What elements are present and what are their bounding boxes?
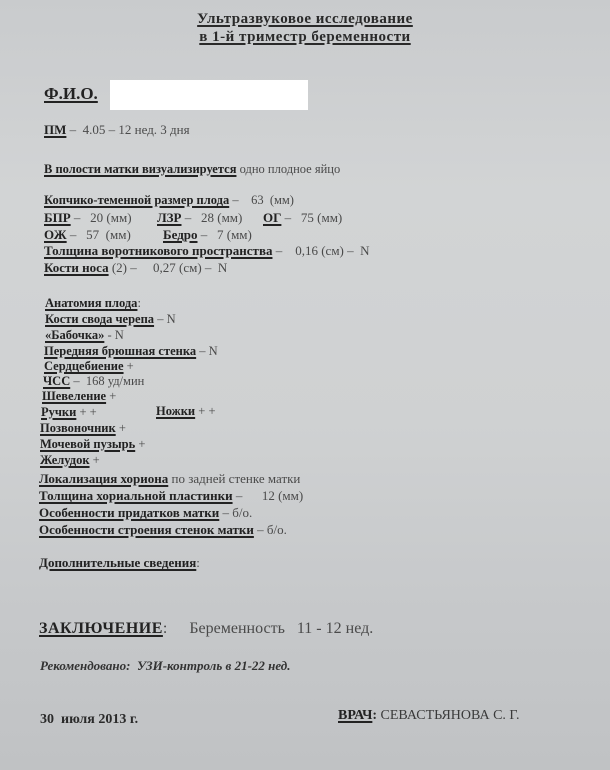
abdominal-label: Передняя брюшная стенка (44, 344, 196, 358)
adnexa-value: – б/о. (219, 505, 252, 520)
nose-row: Кости носа (2) – 0,27 (см) – N (44, 260, 227, 276)
doctor-name: СЕВАСТЬЯНОВА С. Г. (377, 708, 519, 723)
og-row: ОГ – 75 (мм) (263, 210, 342, 226)
movement-row: Шевеление + (42, 389, 116, 404)
legs-value: + + (195, 404, 215, 418)
heartbeat-row: Сердцебиение + (44, 359, 134, 374)
conclusion-colon: : (163, 620, 167, 637)
walls-row: Особенности строения стенок матки – б/о. (39, 522, 287, 538)
skull-value: – N (154, 312, 176, 326)
recommendation: Рекомендовано: УЗИ-контроль в 21-22 нед. (40, 658, 291, 674)
tvp-label: Толщина воротникового пространства (44, 243, 272, 258)
bedro-label: Бедро (163, 227, 198, 242)
butterfly-value: - N (104, 328, 123, 342)
movement-label: Шевеление (42, 389, 106, 403)
butterfly-row: «Бабочка» - N (45, 328, 124, 343)
pm-value: – 4.05 – 12 нед. 3 дня (66, 122, 189, 137)
lzr-row: ЛЗР – 28 (мм) (157, 210, 242, 226)
chorion-thick-row: Толщина хориальной пластинки – 12 (мм) (39, 488, 303, 504)
doctor-row: ВРАЧ: СЕВАСТЬЯНОВА С. Г. (338, 708, 519, 724)
og-label: ОГ (263, 210, 281, 225)
document-title-line1: Ультразвуковое исследование (0, 11, 610, 28)
spine-value: + (116, 421, 126, 435)
arms-row: Ручки + + (41, 405, 97, 420)
ozh-value: – 57 (мм) (67, 227, 131, 242)
bpr-label: БПР (44, 210, 71, 225)
anatomy-heading-text: Анатомия плода (45, 296, 137, 310)
walls-label: Особенности строения стенок матки (39, 522, 254, 537)
legs-row: Ножки + + (156, 404, 216, 419)
stomach-row: Желудок + (40, 453, 100, 468)
chorion-loc-label: Локализация хориона (39, 471, 168, 486)
bladder-label: Мочевой пузырь (40, 437, 135, 451)
redacted-name (110, 80, 308, 110)
ktr-row: Копчико-теменной размер плода – 63 (мм) (44, 193, 294, 208)
og-value: – 75 (мм) (281, 210, 342, 225)
stomach-value: + (90, 453, 100, 467)
cavity-value: одно плодное яйцо (236, 162, 340, 176)
pm-row: ПМ – 4.05 – 12 нед. 3 дня (44, 122, 190, 138)
chorion-loc-row: Локализация хориона по задней стенке мат… (39, 471, 300, 487)
anatomy-heading-colon: : (137, 296, 140, 310)
conclusion-row: ЗАКЛЮЧЕНИЕ: Беременность 11 - 12 нед. (39, 620, 373, 638)
tvp-row: Толщина воротникового пространства – 0,1… (44, 243, 370, 259)
skull-row: Кости свода черепа – N (45, 312, 176, 327)
spine-label: Позвоночник (40, 421, 116, 435)
ozh-label: ОЖ (44, 227, 67, 242)
movement-value: + (106, 389, 116, 403)
walls-value: – б/о. (254, 522, 287, 537)
hr-value: – 168 уд/мин (70, 374, 144, 388)
abdominal-value: – N (196, 344, 218, 358)
skull-label: Кости свода черепа (45, 312, 154, 326)
adnexa-label: Особенности придатков матки (39, 505, 219, 520)
conclusion-value: Беременность 11 - 12 нед. (189, 620, 373, 637)
bedro-row: Бедро – 7 (мм) (163, 227, 252, 243)
cavity-label: В полости матки визуализируется (44, 162, 236, 176)
bpr-row: БПР – 20 (мм) (44, 210, 132, 226)
spine-row: Позвоночник + (40, 421, 126, 436)
report-date: 30 июля 2013 г. (40, 712, 138, 728)
arms-value: + + (76, 405, 96, 419)
bladder-value: + (135, 437, 145, 451)
additional-row: Дополнительные сведения: (39, 555, 200, 571)
heartbeat-value: + (124, 359, 134, 373)
fio-label: Ф.И.О. (44, 84, 98, 104)
ozh-row: ОЖ – 57 (мм) (44, 227, 131, 243)
nose-value: (2) – 0,27 (см) – N (109, 260, 228, 275)
ktr-label: Копчико-теменной размер плода (44, 193, 229, 207)
nose-label: Кости носа (44, 260, 109, 275)
chorion-thick-label: Толщина хориальной пластинки (39, 488, 233, 503)
tvp-value: – 0,16 (см) – N (272, 243, 369, 258)
conclusion-label: ЗАКЛЮЧЕНИЕ (39, 620, 163, 637)
doctor-label: ВРАЧ (338, 708, 372, 723)
chorion-loc-value: по задней стенке матки (168, 471, 300, 486)
ktr-value: – 63 (мм) (229, 193, 294, 207)
bedro-value: – 7 (мм) (198, 227, 252, 242)
document-title-line2: в 1-й триместр беременности (0, 29, 610, 46)
lzr-value: – 28 (мм) (182, 210, 243, 225)
lzr-label: ЛЗР (157, 210, 182, 225)
chorion-thick-value: – 12 (мм) (233, 488, 304, 503)
additional-colon: : (196, 555, 200, 570)
anatomy-heading: Анатомия плода: (45, 296, 141, 311)
butterfly-label: «Бабочка» (45, 328, 104, 342)
arms-label: Ручки (41, 405, 76, 419)
bladder-row: Мочевой пузырь + (40, 437, 145, 452)
hr-label: ЧСС (43, 374, 70, 388)
cavity-row: В полости матки визуализируется одно пло… (44, 162, 340, 177)
additional-label: Дополнительные сведения (39, 555, 196, 570)
adnexa-row: Особенности придатков матки – б/о. (39, 505, 252, 521)
stomach-label: Желудок (40, 453, 90, 467)
bpr-value: – 20 (мм) (71, 210, 132, 225)
heartbeat-label: Сердцебиение (44, 359, 124, 373)
legs-label: Ножки (156, 404, 195, 418)
pm-label: ПМ (44, 122, 66, 137)
abdominal-row: Передняя брюшная стенка – N (44, 344, 218, 359)
hr-row: ЧСС – 168 уд/мин (43, 374, 144, 389)
